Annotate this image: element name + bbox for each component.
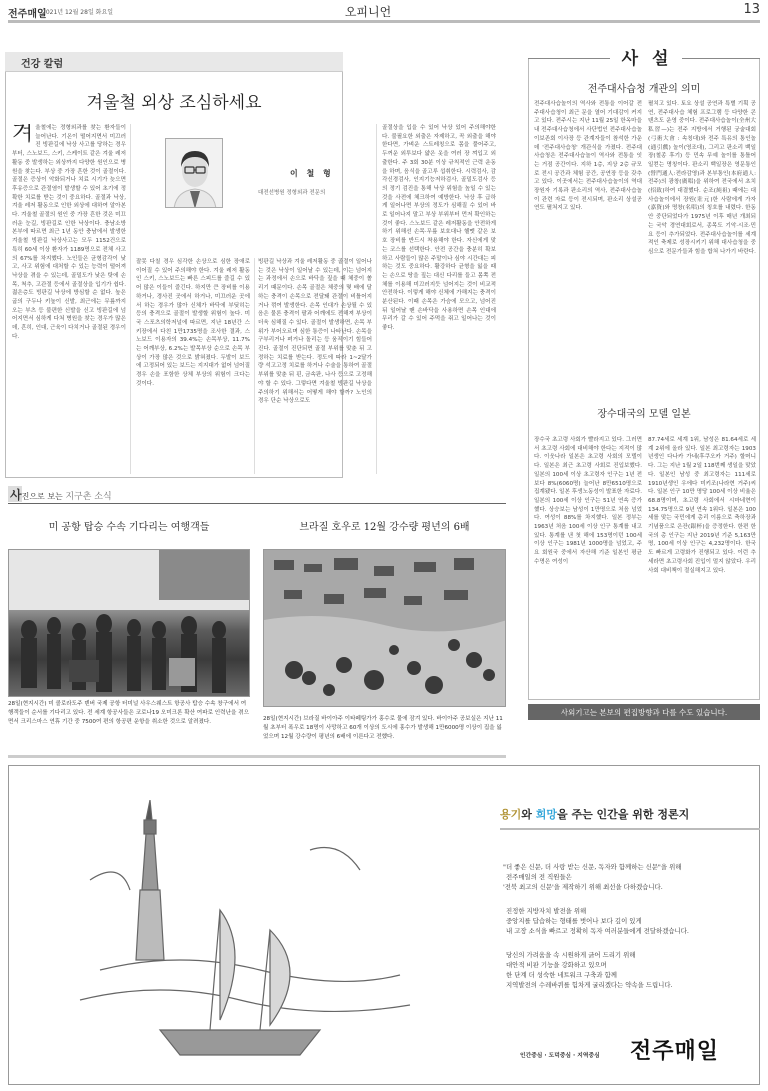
health-column-text-2: 잘못 다칠 경우 심각한 손상으로 심한 장애로 이어질 수 있어 주의해야 한… [136,258,250,474]
masthead: 전주매일 2021년 12월 28일 화요일 오피니언 13 [8,0,760,22]
editorial-2-text-1: 장수국 초고령 사회가 빨라지고 있다. 그러면서 초고령 사회에 대비해야 한… [534,436,642,698]
airport-crowd-image-icon [9,550,250,697]
flood-aerial-image-icon [264,550,506,707]
editorial-label: 사 설 [612,44,682,69]
editorial-title-1: 전주대사습청 개관의 의미 [528,80,760,95]
section-rule [8,755,506,758]
flood-photo [263,549,506,707]
health-column-text-1: 겨울철에는 정형외과를 찾는 환자들이 늘어난다. 기온이 떨어지면서 미끄러진… [12,124,126,474]
photo-section-header: 사진으로 보는 지구촌 소식 [10,486,112,503]
editorial-rule-left [528,58,610,59]
editorial-1-text-2: 펼치고 있다. 토요 상설 공연과 특별 기획 공연, 전주대사습 체험 프로그… [648,100,756,390]
dropcap: 겨 [12,124,33,144]
health-column-text-3: 빙판길 낙상과 겨울 레저활동 중 골절이 일어나는 것은 낙상이 일어날 수 … [258,258,372,474]
author-role: 대전선병원 정형외과 전문의 [258,188,325,196]
ad-paragraph-2: 진정한 지방자치 발전을 위해 중앙지를 답습하는 형태를 벗어나 보다 깊이 … [506,906,689,936]
ad-slogan: 용기와 희망을 주는 인간을 위한 정론지 [500,806,689,822]
editorial-title-2: 장수대국의 모델 일본 [528,405,760,420]
masthead-section: 오피니언 [318,3,418,20]
health-column-header: 건강 칼럼 [5,52,343,72]
masthead-brand: 전주매일 [8,5,47,20]
editorial-1-text-1: 전주대사습놀이의 역사와 전통을 이어갈 전주대사습청이 최근 문을 열어 기대… [534,100,642,390]
masthead-date: 2021년 12월 28일 화요일 [42,7,113,16]
editorial-2-text-2: 87.74세로 세계 1위, 남성은 81.64세로 세계 2위에 올라 있다.… [648,436,756,698]
photo-title-2: 브라질 호우로 12월 강수량 평년의 6배 [263,518,506,533]
ad-slogan-rule [500,828,760,830]
ad-motto: 인간중심 · 도덕중심 · 지역중심 [520,1050,600,1059]
column-divider [254,258,255,474]
masthead-rule [8,20,760,23]
health-column-label: 건강 칼럼 [21,55,63,70]
author-photo [165,138,223,208]
photo-section-rule [8,503,506,504]
airport-photo [8,549,250,697]
column-divider [130,124,131,474]
newspaper-logo: 전주매일 [630,1034,719,1065]
author-name: 이 철 형 [290,168,334,179]
author-portrait-icon [166,139,223,208]
disclaimer-banner: 사외기고는 본보의 편집방향과 다를 수도 있습니다. [528,704,760,720]
lighthouse-ship-illustration-icon [60,800,420,1070]
photo-caption-1: 28일(현지시간) 미 콜로라도주 덴버 국제 공항 터미널 사우스웨스트 항공… [8,700,250,727]
photo-title-1: 미 공항 탑승 수속 기다리는 여행객들 [8,518,250,533]
health-column-title: 겨울철 외상 조심하세요 [5,88,343,113]
column-divider [376,124,377,474]
page-number: 13 [743,2,760,17]
health-column-text-4: 골절상을 입을 수 있어 낙상 있어 주의해야한다. 불필요한 외출은 자제하고… [382,124,496,474]
photo-caption-2: 28일(현지시간) 브라질 바이아주 이타페팅가가 홍수로 물에 잠겨 있다. … [263,715,506,742]
ad-paragraph-1: "더 좋은 신문, 더 사랑 받는 신문, 독자와 함께하는 신문"을 위해 전… [503,862,681,892]
disclaimer-text: 사외기고는 본보의 편집방향과 다를 수도 있습니다. [528,707,760,718]
ad-paragraph-3: 당신의 가려움을 속 시원하게 긁어 드리기 위해 대안적 비판 기능을 강화하… [506,950,673,990]
editorial-rule-right [682,58,760,59]
